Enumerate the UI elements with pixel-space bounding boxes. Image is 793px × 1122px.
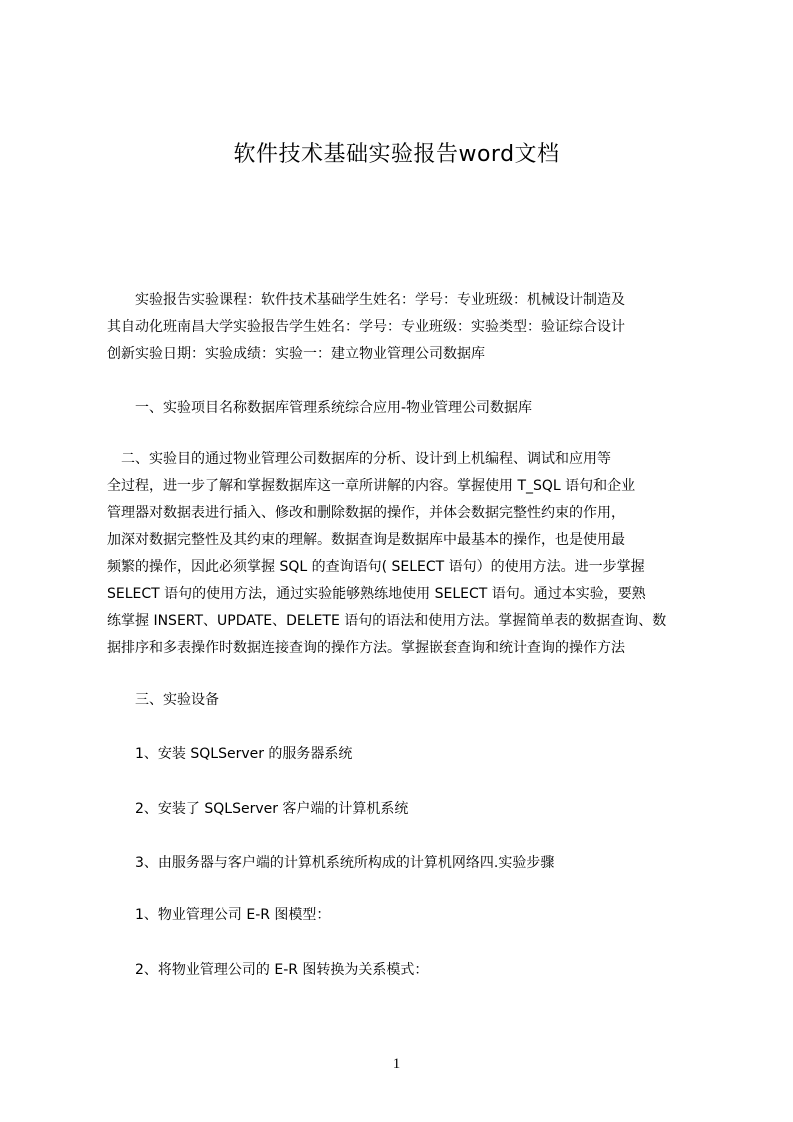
step-item-2: 2、将物业管理公司的 E-R 图转换为关系模式： xyxy=(135,960,428,980)
step-item-1: 1、物业管理公司 E-R 图模型： xyxy=(135,905,330,925)
section-2-objectives: 二、实验目的通过物业管理公司数据库的分析、设计到上机编程、调试和应用等 全过程，… xyxy=(107,446,697,666)
equipment-item-2: 2、安装了 SQLServer 客户端的计算机系统 xyxy=(135,799,408,819)
section-1-project-name: 一、实验项目名称数据库管理系统综合应用-物业管理公司数据库 xyxy=(135,398,532,418)
document-title: 软件技术基础实验报告word文档 xyxy=(0,140,793,170)
page-number: 1 xyxy=(0,1056,793,1073)
equipment-item-1: 1、安装 SQLServer 的服务器系统 xyxy=(135,744,352,764)
paragraph-line: 创新实验日期：实验成绩：实验一：建立物业管理公司数据库 xyxy=(107,341,697,368)
section-3-heading: 三、实验设备 xyxy=(135,690,219,710)
paragraph-line: 实验报告实验课程：软件技术基础学生姓名：学号：专业班级：机械设计制造及 xyxy=(107,287,697,314)
paragraph-line: 全过程，进一步了解和掌握数据库这一章所讲解的内容。掌握使用 T_SQL 语句和企… xyxy=(107,473,697,500)
paragraph-line: SELECT 语句的使用方法，通过实验能够熟练地使用 SELECT 语句。通过本… xyxy=(107,581,697,608)
paragraph-line: 练掌握 INSERT、UPDATE、DELETE 语句的语法和使用方法。掌握简单… xyxy=(107,608,697,635)
paragraph-line: 二、实验目的通过物业管理公司数据库的分析、设计到上机编程、调试和应用等 xyxy=(107,446,697,473)
paragraph-line: 频繁的操作，因此必须掌握 SQL 的查询语句( SELECT 语句）的使用方法。… xyxy=(107,554,697,581)
paragraph-line: 据排序和多表操作时数据连接查询的操作方法。掌握嵌套查询和统计查询的操作方法 xyxy=(107,635,697,662)
document-page: 软件技术基础实验报告word文档 实验报告实验课程：软件技术基础学生姓名：学号：… xyxy=(0,0,793,1122)
paragraph-line: 其自动化班南昌大学实验报告学生姓名：学号：专业班级：实验类型：验证综合设计 xyxy=(107,314,697,341)
paragraph-line: 加深对数据完整性及其约束的理解。数据查询是数据库中最基本的操作，也是使用最 xyxy=(107,527,697,554)
paragraph-line: 管理器对数据表进行插入、修改和删除数据的操作，并体会数据完整性约束的作用， xyxy=(107,500,697,527)
header-paragraph: 实验报告实验课程：软件技术基础学生姓名：学号：专业班级：机械设计制造及 其自动化… xyxy=(107,287,697,372)
equipment-item-3: 3、由服务器与客户端的计算机系统所构成的计算机网络四.实验步骤 xyxy=(135,853,554,873)
